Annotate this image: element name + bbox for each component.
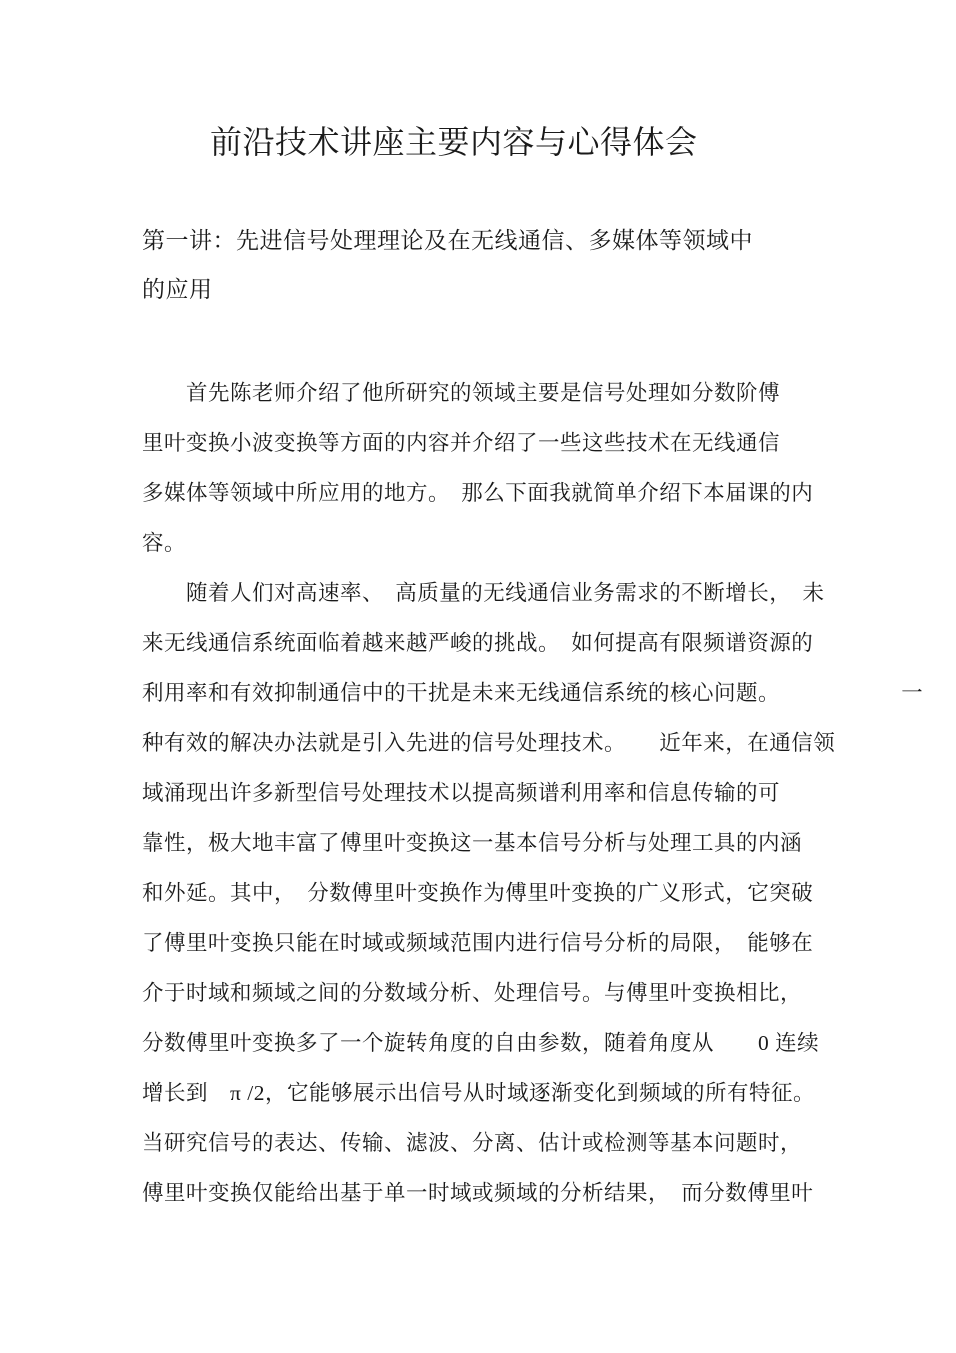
body-line: 增长到 π /2，它能够展示出信号从时域逐渐变化到频域的所有特征。 (142, 1083, 815, 1105)
body-line: 容。 (142, 533, 186, 555)
body-line: 了傅里叶变换只能在时域或频域范围内进行信号分析的局限， 能够在 (142, 933, 813, 955)
body-line: 随着人们对高速率、 高质量的无线通信业务需求的不断增长， 未 (142, 583, 825, 605)
lecture-heading-line-1: 第一讲：先进信号处理理论及在无线通信、多媒体等领域中 (142, 229, 753, 252)
body-line: 首先陈老师介绍了他所研究的领域主要是信号处理如分数阶傅 (142, 383, 780, 405)
body-line: 傅里叶变换仅能给出基于单一时域或频域的分析结果， 而分数傅里叶 (142, 1183, 813, 1205)
body-line: 多媒体等领域中所应用的地方。 那么下面我就简单介绍下本届课的内 (142, 483, 813, 505)
document-title: 前沿技术讲座主要内容与心得体会 (210, 126, 698, 158)
body-line: 利用率和有效抑制通信中的干扰是未来无线通信系统的核心问题。 一 (142, 683, 923, 705)
body-line: 域涌现出许多新型信号处理技术以提高频谱利用率和信息传输的可 (142, 783, 780, 805)
body-line: 里叶变换小波变换等方面的内容并介绍了一些这些技术在无线通信 (142, 433, 780, 455)
lecture-heading-line-2: 的应用 (142, 278, 213, 301)
body-line: 分数傅里叶变换多了一个旋转角度的自由参数，随着角度从 0 连续 (142, 1033, 819, 1055)
body-line: 种有效的解决办法就是引入先进的信号处理技术。 近年来，在通信领 (142, 733, 835, 755)
body-line: 当研究信号的表达、传输、滤波、分离、估计或检测等基本问题时， (142, 1133, 802, 1155)
body-line: 来无线通信系统面临着越来越严峻的挑战。 如何提高有限频谱资源的 (142, 633, 813, 655)
body-line: 和外延。其中， 分数傅里叶变换作为傅里叶变换的广义形式，它突破 (142, 883, 813, 905)
document-page: 前沿技术讲座主要内容与心得体会 第一讲：先进信号处理理论及在无线通信、多媒体等领… (0, 0, 956, 1353)
body-line: 介于时域和频域之间的分数域分析、处理信号。与傅里叶变换相比， (142, 983, 802, 1005)
body-line: 靠性，极大地丰富了傅里叶变换这一基本信号分析与处理工具的内涵 (142, 833, 802, 855)
